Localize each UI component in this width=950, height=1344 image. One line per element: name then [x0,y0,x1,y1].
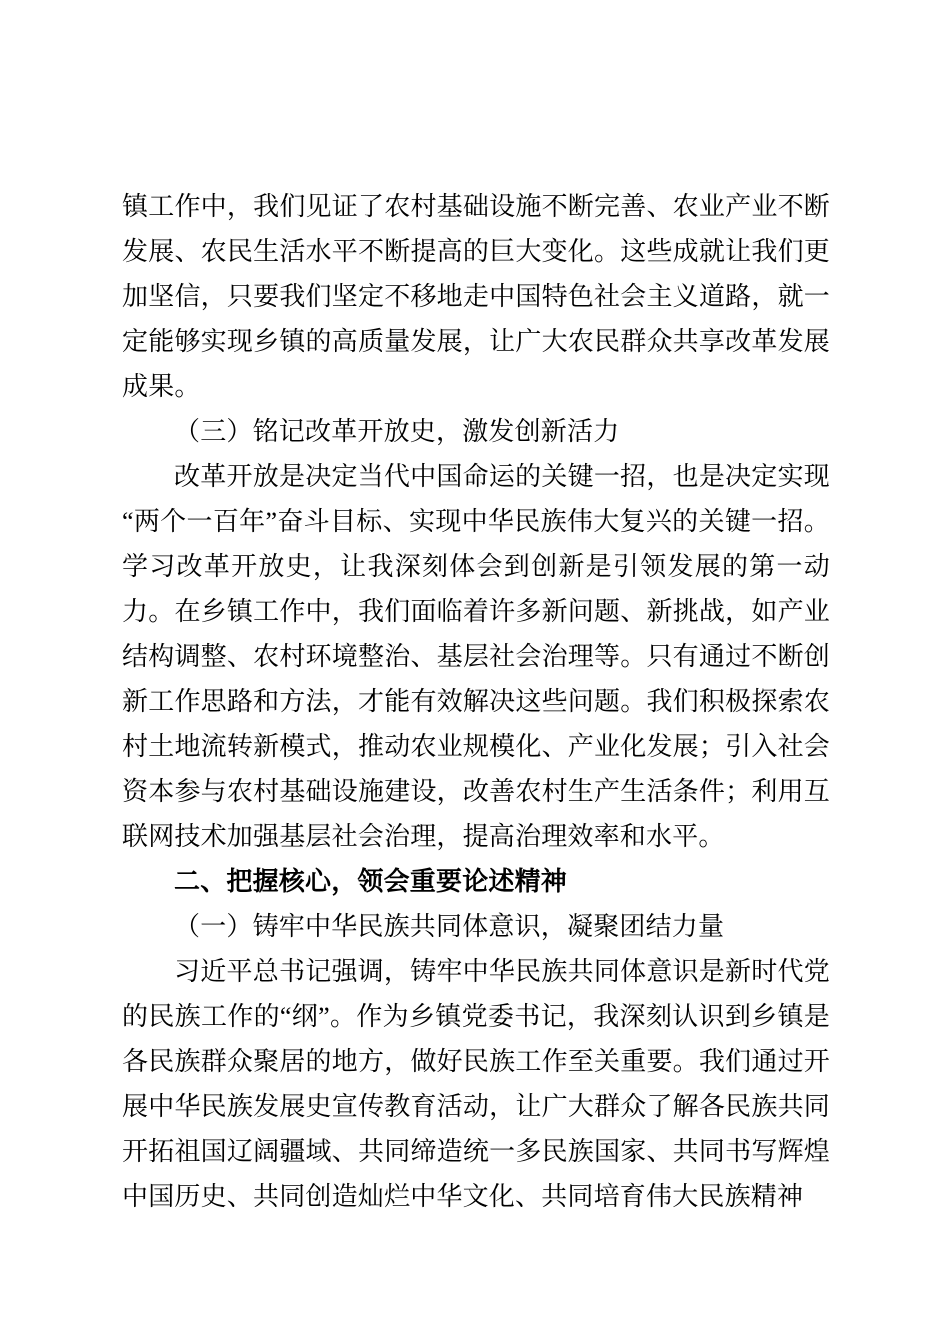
document-text-body: 镇工作中，我们见证了农村基础设施不断完善、农业产业不断发展、农民生活水平不断提高… [122,184,830,1219]
paragraph-body-continuation: 镇工作中，我们见证了农村基础设施不断完善、农业产业不断发展、农民生活水平不断提高… [122,184,830,409]
paragraph-reform-opening: 改革开放是决定当代中国命运的关键一招，也是决定实现“两个一百年”奋斗目标、实现中… [122,454,830,859]
document-page: 镇工作中，我们见证了农村基础设施不断完善、农业产业不断发展、农民生活水平不断提高… [0,0,950,1344]
subsection-heading-1: （一）铸牢中华民族共同体意识，凝聚团结力量 [122,904,830,949]
paragraph-ethnic-unity: 习近平总书记强调，铸牢中华民族共同体意识是新时代党的民族工作的“纲”。作为乡镇党… [122,949,830,1219]
section-heading-2: 二、把握核心，领会重要论述精神 [122,859,830,904]
subsection-heading-3: （三）铭记改革开放史，激发创新活力 [122,409,830,454]
